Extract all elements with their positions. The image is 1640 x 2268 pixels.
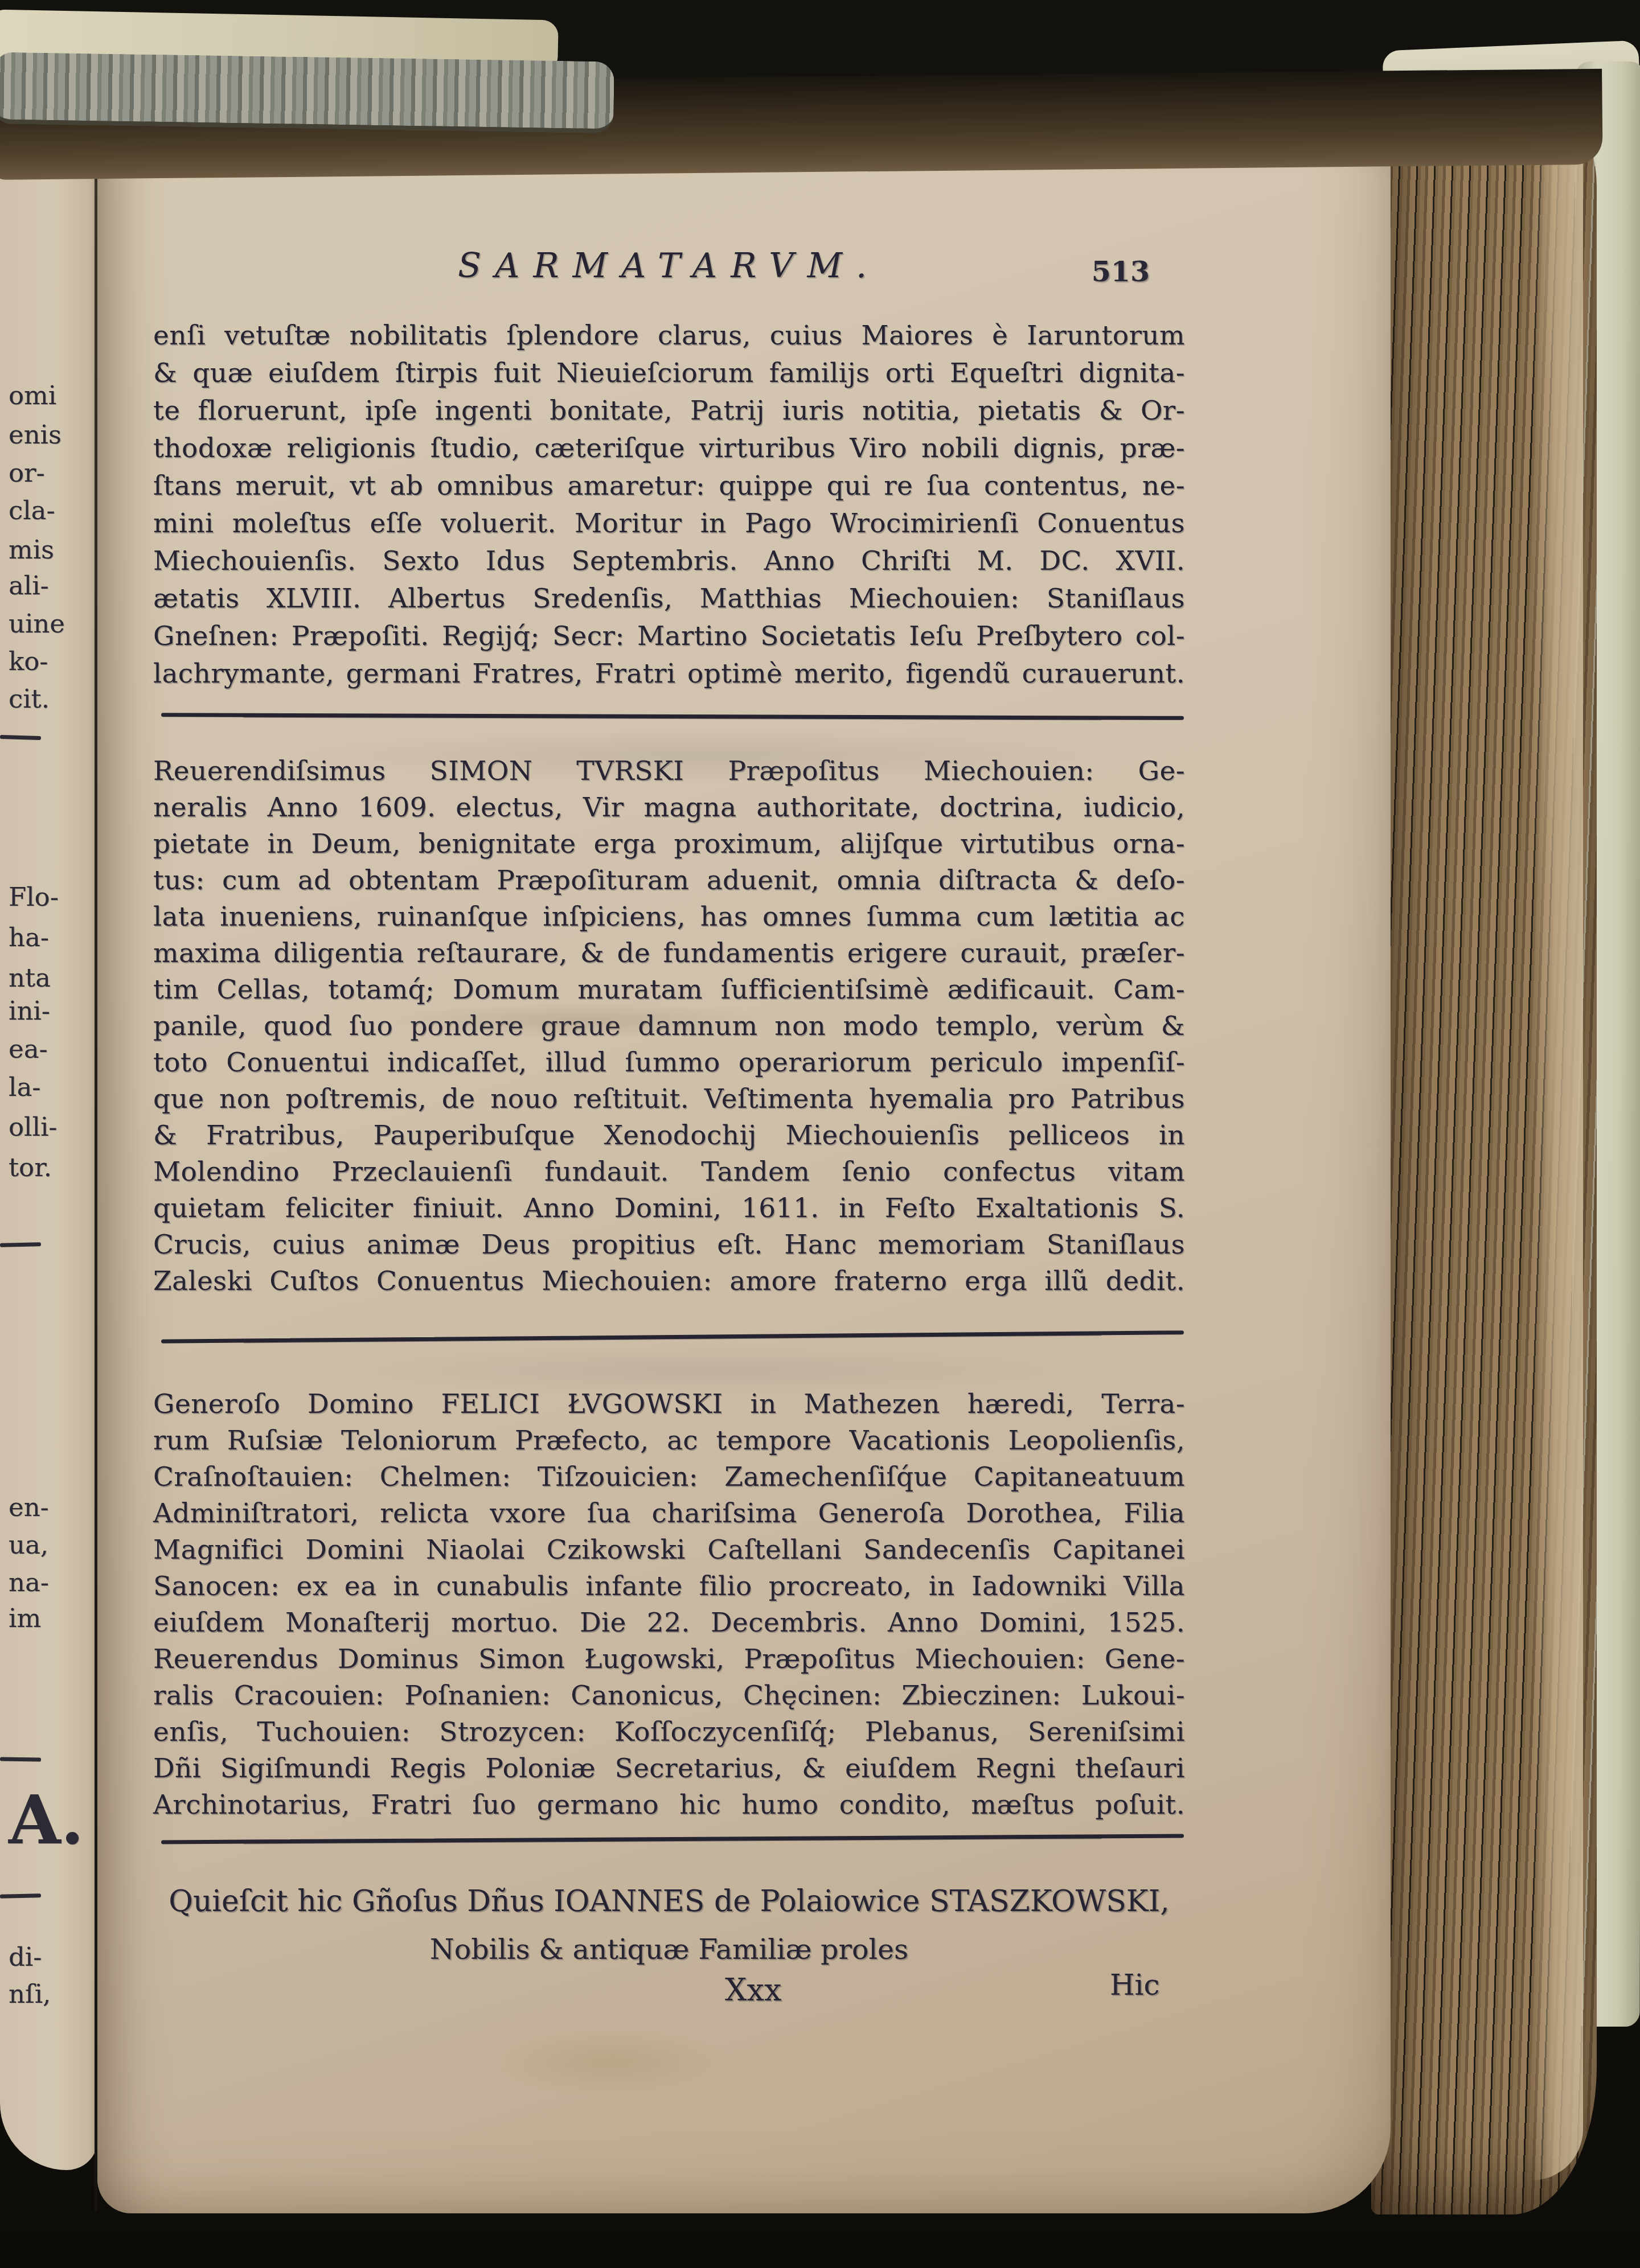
paragraph-epitaph-3: Generoſo Domino FELICI ŁVGOWSKI in Mathe… <box>153 1388 1185 1826</box>
page-header: SARMATARVM. 513 <box>153 246 1185 303</box>
text-line: eiuſdem Monaſterij mortuo. Die 22. Decem… <box>153 1607 1185 1644</box>
text-line: tim Cellas, totamq́; Domum muratam ſuffi… <box>153 974 1185 1010</box>
catchword: Hic <box>1110 1969 1160 2002</box>
text-line: Archinotarius, Fratri ſuo germano hic hu… <box>153 1789 1185 1826</box>
facing-page-text-fragment: ali- <box>9 571 94 601</box>
facing-page-text-fragment: ea- <box>9 1034 94 1064</box>
facing-page-rule <box>0 735 41 740</box>
facing-page-text-fragment: mis <box>9 535 94 565</box>
facing-page-text-fragment: ini- <box>9 996 94 1026</box>
facing-page-text-fragment: la- <box>9 1073 94 1102</box>
signature-mark: Xxx <box>725 1972 781 2008</box>
headband <box>0 52 614 133</box>
facing-page-text-fragment: en- <box>9 1493 94 1522</box>
facing-page-text-fragment: ha- <box>9 923 94 952</box>
text-line: toto Conuentui indicaſſet, illud ſummo o… <box>153 1047 1185 1083</box>
book-photo: omienisor-cla-misali-uineko-cit.Flo-ha-n… <box>0 0 1640 2268</box>
text-line: enſi vetuſtæ nobilitatis ſplendore claru… <box>153 320 1185 358</box>
facing-page-text-fragment: cit. <box>9 684 94 714</box>
facing-page-text-fragment: Flo- <box>9 882 94 912</box>
text-line: ralis Cracouien: Poſnanien: Canonicus, C… <box>153 1680 1185 1716</box>
text-line: tus: cum ad obtentam Præpoſituram adueni… <box>153 865 1185 901</box>
text-line: mini moleſtus eſſe voluerit. Moritur in … <box>153 508 1185 545</box>
book-gutter-fold <box>95 106 97 2212</box>
text-line: rum Ruſsiæ Teloniorum Præfecto, ac tempo… <box>153 1425 1185 1461</box>
facing-page-edge: omienisor-cla-misali-uineko-cit.Flo-ha-n… <box>0 143 98 2170</box>
epitaph-line-2: Nobilis & antiquæ Familiæ proles <box>153 1933 1185 1966</box>
text-line: Craſnoſtauien: Chelmen: Tiſzouicien: Zam… <box>153 1461 1185 1498</box>
facing-page-rule <box>0 1757 41 1761</box>
book-page: SARMATARVM. 513 enſi vetuſtæ nobilitatis… <box>97 132 1391 2213</box>
facing-page-text-fragment: ko- <box>9 647 94 676</box>
text-line: Generoſo Domino FELICI ŁVGOWSKI in Mathe… <box>153 1388 1185 1425</box>
text-line: Crucis, cuius animæ Deus propitius eſt. … <box>153 1229 1185 1266</box>
text-line: Reuerendus Dominus Simon Ługowski, Præpo… <box>153 1644 1185 1680</box>
running-header: SARMATARVM. <box>153 246 1185 286</box>
facing-page-text-fragment: A. <box>9 1789 94 1851</box>
facing-page-text-fragment: ua, <box>9 1530 94 1560</box>
text-line: Magnifici Domini Niaolai Czikowski Caſte… <box>153 1534 1185 1571</box>
paragraph-epitaph-1: enſi vetuſtæ nobilitatis ſplendore claru… <box>153 320 1185 696</box>
facing-page-text-fragment: uine <box>9 609 94 639</box>
facing-page-text-fragment: im <box>9 1604 94 1633</box>
facing-page-rule <box>0 1242 41 1247</box>
facing-page-rule <box>0 1893 41 1899</box>
paper-stain <box>490 2028 729 2096</box>
text-line: pietate in Deum, benignitate erga proxim… <box>153 828 1185 865</box>
epitaph-heading: Quieſcit hic Gñoſus Dñus IOANNES de Pola… <box>153 1884 1185 1966</box>
text-line: ætatis XLVIII. Albertus Sredenſis, Matth… <box>153 583 1185 621</box>
text-line: thodoxæ religionis ſtudio, cæteriſque vi… <box>153 433 1185 470</box>
facing-page-text-fragment: omi <box>9 381 94 410</box>
text-line: & Fratribus, Pauperibuſque Xenodochij Mi… <box>153 1120 1185 1156</box>
facing-page-text-fragment: cla- <box>9 496 94 525</box>
text-line: & quæ eiuſdem ſtirpis fuit Nieuieſciorum… <box>153 358 1185 395</box>
facing-page-text-fragment: na- <box>9 1568 94 1597</box>
text-line: Zaleski Cuſtos Conuentus Miechouien: amo… <box>153 1266 1185 1302</box>
epitaph-line-1: Quieſcit hic Gñoſus Dñus IOANNES de Pola… <box>153 1884 1185 1933</box>
text-line: enſis, Tuchouien: Strozycen: Koſſoczycen… <box>153 1716 1185 1753</box>
facing-page-text-fragment: or- <box>9 458 94 488</box>
text-line: Miechouienſis. Sexto Idus Septembris. An… <box>153 545 1185 583</box>
text-line: ſtans meruit, vt ab omnibus amaretur: qu… <box>153 470 1185 508</box>
text-line: que non poſtremis, de nouo reſtituit. Ve… <box>153 1083 1185 1120</box>
text-line: Molendino Przeclauienſi fundauit. Tandem… <box>153 1156 1185 1193</box>
text-line: Gneſnen: Præpoſiti. Regijq́; Secr: Marti… <box>153 621 1185 658</box>
text-line: te floruerunt, ipſe ingenti bonitate, Pa… <box>153 395 1185 433</box>
text-line: Dñi Sigiſmundi Regis Poloniæ Secretarius… <box>153 1753 1185 1789</box>
facing-page-text-fragment: nſi, <box>9 1979 94 2009</box>
text-line: lata inueniens, ruinanſque inſpiciens, h… <box>153 901 1185 938</box>
text-line: Reuerendiſsimus SIMON TVRSKI Præpoſitus … <box>153 755 1185 792</box>
text-line: panile, quod ſuo pondere graue damnum no… <box>153 1010 1185 1047</box>
text-line: lachrymante, germani Fratres, Fratri opt… <box>153 658 1185 696</box>
facing-page-text-fragment: olli- <box>9 1112 94 1142</box>
facing-page-text-fragment: nta <box>9 963 94 993</box>
facing-page-text-fragment: enis <box>9 420 94 450</box>
page-number: 513 <box>1092 255 1150 288</box>
text-line: neralis Anno 1609. electus, Vir magna au… <box>153 792 1185 828</box>
section-rule <box>161 1834 1184 1844</box>
text-line: Adminiſtratori, relicta vxore ſua chariſ… <box>153 1498 1185 1534</box>
paragraph-epitaph-2: Reuerendiſsimus SIMON TVRSKI Præpoſitus … <box>153 755 1185 1302</box>
text-line: maxima diligentia reſtaurare, & de funda… <box>153 938 1185 974</box>
facing-page-text-fragment: di- <box>9 1942 94 1972</box>
section-rule <box>161 1330 1184 1343</box>
facing-page-text-fragment: tor. <box>9 1153 94 1182</box>
text-line: quietam feliciter finiuit. Anno Domini, … <box>153 1193 1185 1229</box>
page-stack-fore-edge-highlight <box>1532 102 1583 2180</box>
section-rule <box>161 713 1184 720</box>
text-line: Sanocen: ex ea in cunabulis infante fili… <box>153 1571 1185 1607</box>
